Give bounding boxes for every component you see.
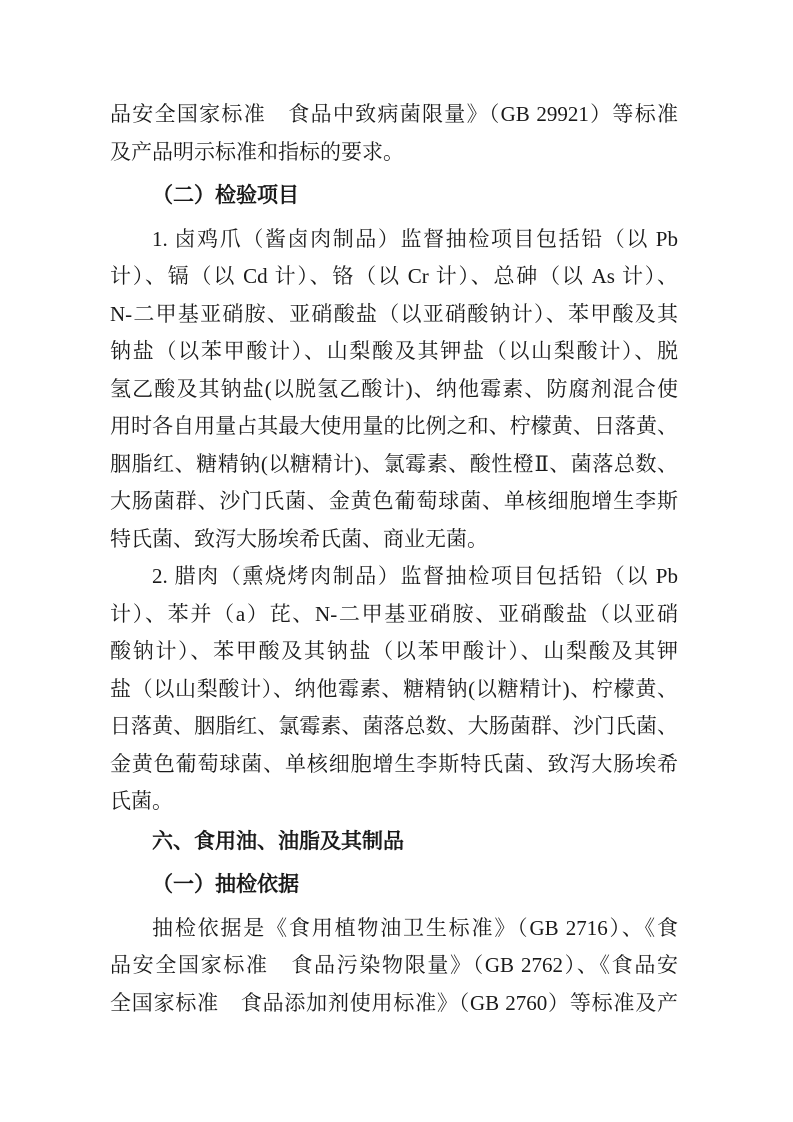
text-line: 及产品明示标准和指标的要求。 — [110, 134, 678, 172]
text-line: 用时各自用量占其最大使用量的比例之和、柠檬黄、日落黄、 — [110, 408, 678, 446]
text-line: 胭脂红、糖精钠(以糖精计)、氯霉素、酸性橙Ⅱ、菌落总数、 — [110, 446, 678, 484]
text-line: 盐（以山梨酸计）、纳他霉素、糖精钠(以糖精计)、柠檬黄、 — [110, 671, 678, 709]
text-line: 品安全国家标准 食品中致病菌限量》（GB 29921）等标准 — [110, 96, 678, 134]
text-line: 氢乙酸及其钠盐(以脱氢乙酸计)、纳他霉素、防腐剂混合使 — [110, 371, 678, 409]
document-page: 品安全国家标准 食品中致病菌限量》（GB 29921）等标准 及产品明示标准和指… — [0, 0, 793, 1122]
section-heading: 六、食用油、油脂及其制品 — [110, 823, 678, 861]
text-line: 计）、苯并（a）芘、N-二甲基亚硝胺、亚硝酸盐（以亚硝 — [110, 596, 678, 634]
text-line: 1. 卤鸡爪（酱卤肉制品）监督抽检项目包括铅（以 Pb — [110, 221, 678, 259]
text-line: 特氏菌、致泻大肠埃希氏菌、商业无菌。 — [110, 521, 678, 559]
text-line: 日落黄、胭脂红、氯霉素、菌落总数、大肠菌群、沙门氏菌、 — [110, 708, 678, 746]
text-line: 酸钠计）、苯甲酸及其钠盐（以苯甲酸计）、山梨酸及其钾 — [110, 633, 678, 671]
text-line: 全国家标准 食品添加剂使用标准》（GB 2760）等标准及产 — [110, 985, 678, 1023]
text-line: 金黄色葡萄球菌、单核细胞增生李斯特氏菌、致泻大肠埃希 — [110, 746, 678, 784]
text-line: 品安全国家标准 食品污染物限量》（GB 2762）、《食品安 — [110, 947, 678, 985]
subsection-heading: （一）抽检依据 — [110, 866, 678, 904]
text-line: N-二甲基亚硝胺、亚硝酸盐（以亚硝酸钠计）、苯甲酸及其 — [110, 296, 678, 334]
text-line: 2. 腊肉（熏烧烤肉制品）监督抽检项目包括铅（以 Pb — [110, 558, 678, 596]
text-line: 钠盐（以苯甲酸计）、山梨酸及其钾盐（以山梨酸计）、脱 — [110, 333, 678, 371]
text-line: 大肠菌群、沙门氏菌、金黄色葡萄球菌、单核细胞增生李斯 — [110, 483, 678, 521]
text-line: 计）、镉（以 Cd 计）、铬（以 Cr 计）、总砷（以 As 计）、 — [110, 258, 678, 296]
text-line: 氏菌。 — [110, 783, 678, 821]
subsection-heading: （二）检验项目 — [110, 177, 678, 215]
text-line: 抽检依据是《食用植物油卫生标准》（GB 2716）、《食 — [110, 910, 678, 948]
